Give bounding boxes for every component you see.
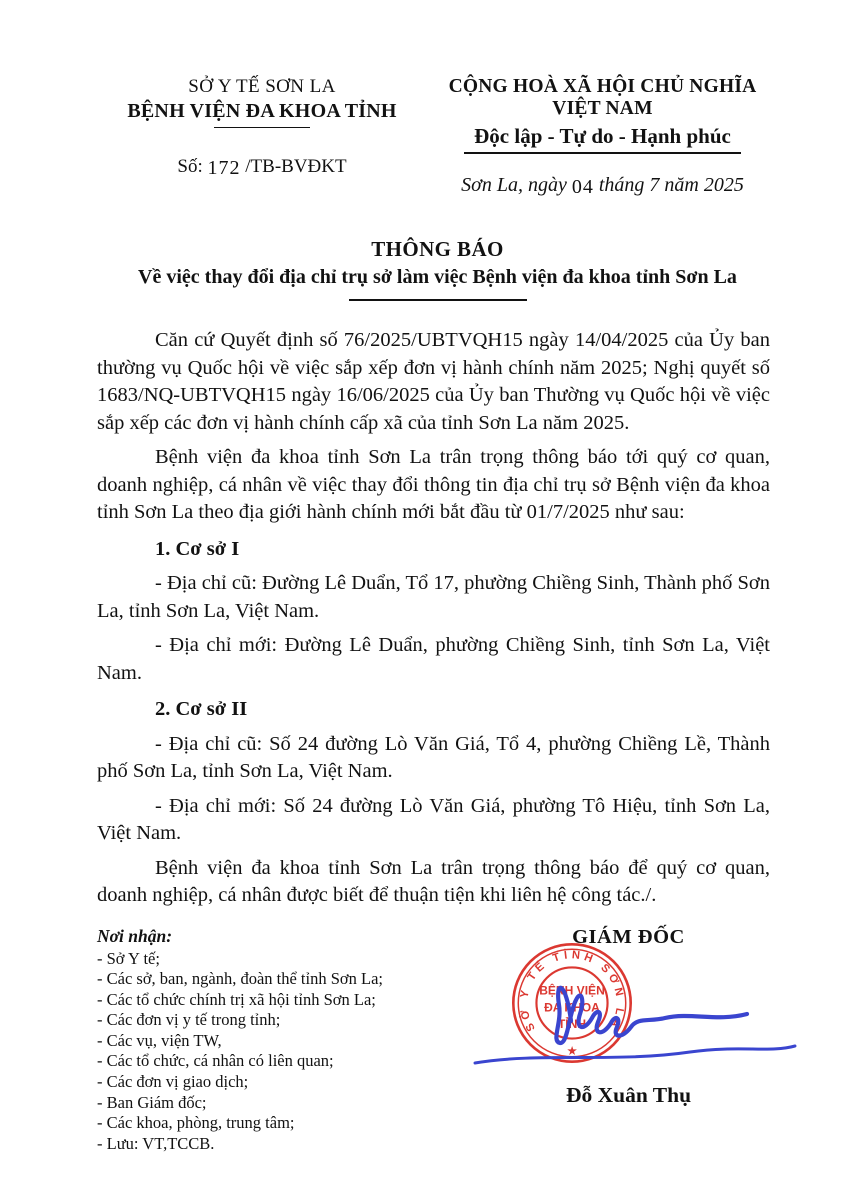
doc-number-value: 172 <box>208 157 241 179</box>
paragraph-announcement: Bệnh viện đa khoa tỉnh Sơn La trân trọng… <box>97 444 770 527</box>
recipient-item: - Lưu: VT,TCCB. <box>97 1134 469 1155</box>
document-number: Số: 172 /TB-BVĐKT <box>97 155 427 178</box>
section1-new-address: - Địa chỉ mới: Đường Lê Duẩn, phường Chi… <box>97 632 770 687</box>
recipients-label: Nơi nhận: <box>97 926 469 947</box>
document-title: THÔNG BÁO <box>97 237 778 262</box>
recipient-item: - Các vụ, viện TW, <box>97 1031 469 1052</box>
paragraph-closing: Bệnh viện đa khoa tỉnh Sơn La trân trọng… <box>97 855 770 910</box>
signature-scribble-icon <box>465 943 801 1093</box>
section2-heading: 2. Cơ sở II <box>97 696 770 724</box>
title-divider <box>349 299 527 301</box>
document-footer: Nơi nhận: - Sở Y tế; - Các sở, ban, ngàn… <box>0 926 848 1155</box>
national-motto: Độc lập - Tự do - Hạnh phúc <box>464 123 741 154</box>
doc-number-label: Số: <box>177 156 202 177</box>
org-parent-name: SỞ Y TẾ SƠN LA <box>97 76 427 98</box>
section2-old-address: - Địa chỉ cũ: Số 24 đường Lò Văn Giá, Tổ… <box>97 731 770 786</box>
document-body: Căn cứ Quyết định số 76/2025/UBTVQH15 ng… <box>0 327 848 910</box>
place-date-line: Sơn La, ngày 04 tháng 7 năm 2025 <box>427 174 778 197</box>
section1-heading: 1. Cơ sở I <box>97 536 770 564</box>
recipient-item: - Các tổ chức chính trị xã hội tỉnh Sơn … <box>97 990 469 1011</box>
signature-block: GIÁM ĐỐC SỞ Y TẾ TỈNH SƠN LA ★ BỆNH VIỆN… <box>469 926 788 1155</box>
issuing-org-block: SỞ Y TẾ SƠN LA BỆNH VIỆN ĐA KHOA TỈNH Số… <box>97 76 427 197</box>
recipients-list: - Sở Y tế; - Các sở, ban, ngành, đoàn th… <box>97 949 469 1155</box>
stamp-and-signature-area: SỞ Y TẾ TỈNH SƠN LA ★ BỆNH VIỆN ĐA KHOA … <box>469 949 788 1077</box>
recipient-item: - Các sở, ban, ngành, đoàn thể tỉnh Sơn … <box>97 969 469 990</box>
document-subtitle: Về việc thay đổi địa chỉ trụ sở làm việc… <box>97 266 778 289</box>
document-header: SỞ Y TẾ SƠN LA BỆNH VIỆN ĐA KHOA TỈNH Số… <box>0 76 848 197</box>
section1-old-address: - Địa chỉ cũ: Đường Lê Duẩn, Tổ 17, phườ… <box>97 570 770 625</box>
section2-new-address: - Địa chỉ mới: Số 24 đường Lò Văn Giá, p… <box>97 793 770 848</box>
national-motto-block: CỘNG HOÀ XÃ HỘI CHỦ NGHĨA VIỆT NAM Độc l… <box>427 76 778 197</box>
recipient-item: - Các tổ chức, cá nhân có liên quan; <box>97 1051 469 1072</box>
document-page: SỞ Y TẾ SƠN LA BỆNH VIỆN ĐA KHOA TỈNH Số… <box>0 0 848 1200</box>
org-divider <box>214 127 310 128</box>
recipient-item: - Ban Giám đốc; <box>97 1093 469 1114</box>
date-prefix: Sơn La, ngày <box>461 174 567 196</box>
org-name: BỆNH VIỆN ĐA KHOA TỈNH <box>97 100 427 123</box>
national-title: CỘNG HOÀ XÃ HỘI CHỦ NGHĨA VIỆT NAM <box>427 76 778 120</box>
date-day: 04 <box>572 176 594 198</box>
paragraph-legal-basis: Căn cứ Quyết định số 76/2025/UBTVQH15 ng… <box>97 327 770 437</box>
title-block: THÔNG BÁO Về việc thay đổi địa chỉ trụ s… <box>0 237 848 301</box>
recipient-item: - Các khoa, phòng, trung tâm; <box>97 1113 469 1134</box>
recipient-item: - Các đơn vị giao dịch; <box>97 1072 469 1093</box>
doc-number-suffix: /TB-BVĐKT <box>245 156 346 177</box>
recipient-item: - Sở Y tế; <box>97 949 469 970</box>
date-suffix: tháng 7 năm 2025 <box>599 174 744 196</box>
recipient-item: - Các đơn vị y tế trong tỉnh; <box>97 1010 469 1031</box>
recipients-block: Nơi nhận: - Sở Y tế; - Các sở, ban, ngàn… <box>97 926 469 1155</box>
